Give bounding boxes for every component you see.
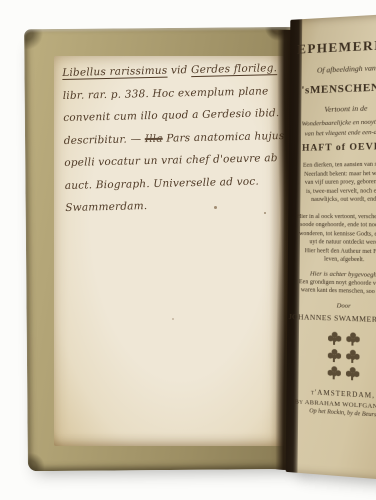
foxing-spot [264, 212, 266, 214]
title-page-line: HAFT of OEVER [289, 142, 376, 154]
title-page-line: 'sMENSCHEN L [290, 81, 376, 97]
foxing-spot [214, 206, 217, 209]
handwritten-inscription: Libellus rarissimus vid Gerdes florileg.… [62, 57, 282, 219]
title-page-line: van vijf uuren proey, geboren wo [289, 178, 376, 188]
fleuron-icon [346, 349, 360, 365]
title-page-line: leven, afgebeelt. [288, 255, 376, 265]
inscription-text: opelli vocatur un vrai chef d'oeuvre ab [64, 152, 278, 169]
title-page-line: Hier in al oock vertoont, verscheyde an [288, 212, 376, 221]
fleuron-icon [327, 348, 340, 364]
fleuron-icon [327, 365, 340, 381]
foxing-spot [172, 318, 174, 320]
inscription-line: Swammerdam. [65, 192, 281, 219]
printed-title-page: EPHEMERI VOf afbeeldingh van'sMENSCHEN L… [286, 13, 376, 481]
title-page-line: waren kant des menschen, soo voor [287, 286, 376, 297]
title-page-line: Een dierken, ten aansien van sijn n [289, 160, 376, 170]
title-page-line: EPHEMERI V [290, 36, 376, 58]
inscription-text: auct. Biograph. Universelle ad voc. [65, 175, 259, 191]
title-page-line: is, twee-mael vervelt, noch eyer [289, 187, 376, 196]
title-page-text: EPHEMERI VOf afbeeldingh van'sMENSCHEN L… [286, 13, 376, 421]
title-page-line: JOHANNES SWAMMERDAM, [287, 311, 376, 324]
fleuron-icon [327, 331, 340, 347]
title-page-line: Door [287, 300, 376, 311]
fleuron-icon [345, 366, 359, 382]
photo-open-antique-book: Libellus rarissimus vid Gerdes florileg.… [0, 0, 376, 500]
inscription-text: Pars anatomica hujus [163, 129, 285, 144]
title-page-line: van het vliegent ende een-dagh [289, 128, 376, 139]
fleuron-icon [346, 332, 360, 348]
title-page-line: Vertoont in de [289, 102, 376, 115]
inscription-text: convenit cum illo quod a Gerdesio ibid. [63, 107, 279, 124]
inscription-text: libr. rar. p. 338. Hoc exemplum plane [63, 85, 269, 102]
title-page-line: nauwlijcks, out wordt, ende [288, 195, 376, 204]
title-page-line: Of afbeeldingh van [290, 62, 376, 76]
flyleaf-page: Libellus rarissimus vid Gerdes florileg.… [54, 56, 284, 446]
inscription-text: Gerdes florileg. [191, 62, 277, 76]
inscription-text: Libellus rarissimus [62, 65, 167, 79]
fleuron-ornament [287, 329, 376, 384]
title-page-line: Wonderbaarelijcke en nooyt geho [289, 118, 376, 129]
title-page-line: soode ongehoorde, ende tot noch toe [288, 221, 376, 230]
inscription-text: describitur. — [64, 133, 145, 147]
inscription-text: Swammerdam. [65, 200, 147, 214]
inscription-text: Illa [145, 132, 163, 144]
inscription-text: vid [167, 64, 191, 77]
